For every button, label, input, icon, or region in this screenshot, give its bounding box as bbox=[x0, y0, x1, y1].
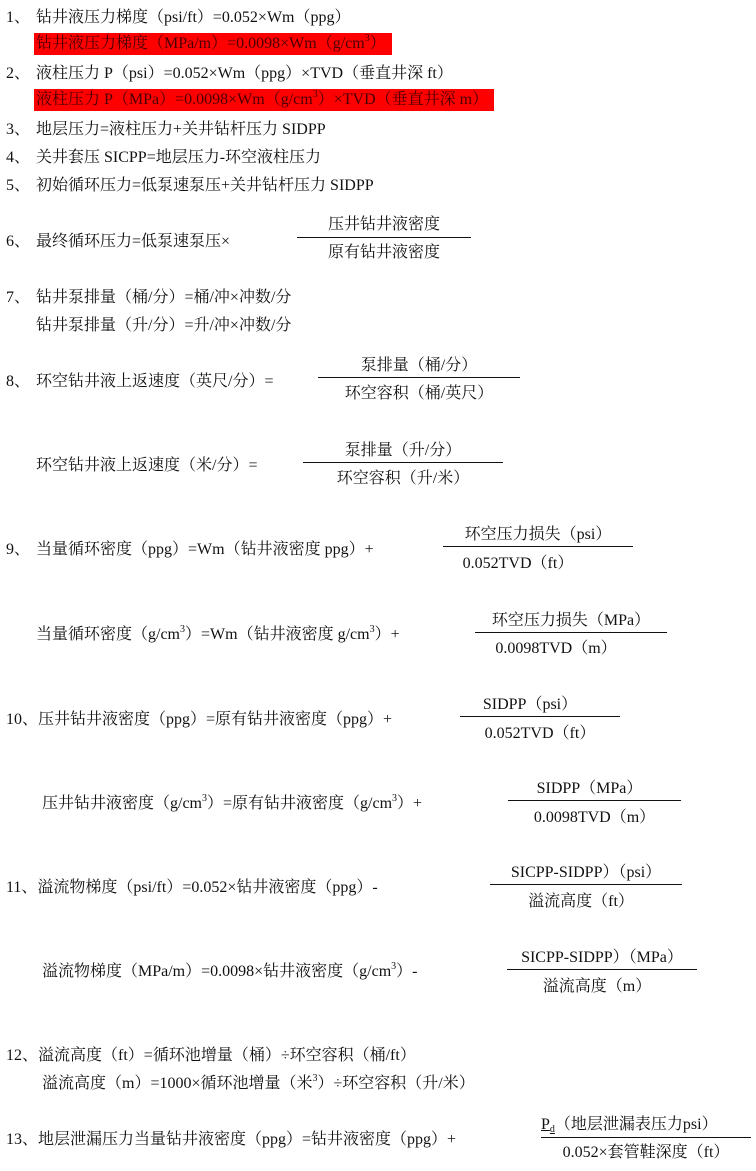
formula-text: 压井钻井液密度（ppg）=原有钻井液密度（ppg）+ bbox=[38, 711, 392, 728]
formula-6-fraction: 压井钻井液密度 原有钻井液密度 bbox=[297, 214, 471, 270]
formula-text: 溢流物梯度（MPa/m）=0.0098×钻井液密度（g/cm bbox=[42, 963, 391, 980]
formula-text: 关井套压 SICPP=地层压力-环空液柱压力 bbox=[36, 149, 321, 166]
formula-text: ）×TVD（垂直井深 m） bbox=[318, 91, 488, 108]
formula-text: 最终循环压力=低泵速泵压× bbox=[36, 233, 230, 250]
formula-text: ） bbox=[370, 35, 386, 52]
numerator-symbol: P bbox=[541, 1116, 550, 1133]
formula-9-metric-fraction: 环空压力损失（MPa） 0.0098TVD（m） bbox=[475, 610, 667, 666]
numerator: SIDPP（psi） bbox=[440, 694, 620, 716]
formula-text: ）=Wm（钻井液密度 g/cm bbox=[185, 626, 370, 643]
denominator: 0.052TVD（ft） bbox=[460, 723, 620, 745]
formula-number: 10、 bbox=[6, 711, 38, 728]
denominator: 0.052TVD（ft） bbox=[403, 553, 633, 575]
formula-text: 液柱压力 P（psi）=0.052×Wm（ppg）×TVD（垂直井深 ft） bbox=[36, 65, 453, 82]
formula-text: 地层泄漏压力当量钻井液密度（ppg）=钻井液密度（ppg）+ bbox=[38, 1131, 456, 1148]
formula-number: 2、 bbox=[6, 63, 36, 85]
numerator-text: （地层泄漏表压力psi） bbox=[555, 1116, 718, 1133]
denominator: 溢流高度（ft） bbox=[480, 891, 682, 913]
numerator: 环空压力损失（MPa） bbox=[475, 610, 667, 632]
fraction-bar bbox=[507, 969, 697, 970]
formula-number: 5、 bbox=[6, 175, 36, 197]
formula-10-imperial-fraction: SIDPP（psi） 0.052TVD（ft） bbox=[460, 694, 620, 750]
formula-text: 当量循环密度（ppg）=Wm（钻井液密度 ppg）+ bbox=[36, 541, 374, 558]
fraction-bar bbox=[297, 237, 471, 238]
formula-number: 3、 bbox=[6, 119, 36, 141]
formula-11-metric-fraction: SICPP-SIDPP）（MPa） 溢流高度（m） bbox=[507, 947, 697, 1003]
formula-text: 地层压力=液柱压力+关井钻杆压力 SIDPP bbox=[36, 121, 326, 138]
formula-number: 6、 bbox=[6, 231, 36, 253]
formula-12-metric: 溢流高度（m）=1000×循环池增量（米3）÷环空容积（升/米） bbox=[42, 1073, 475, 1095]
formula-2-metric-highlighted: 液柱压力 P（MPa）=0.0098×Wm（g/cm3）×TVD（垂直井深 m） bbox=[34, 89, 494, 111]
formula-5: 5、初始循环压力=低泵速泵压+关井钻杆压力 SIDPP bbox=[6, 175, 374, 197]
formula-text: 钻井泵排量（桶/分）=桶/冲×冲数/分 bbox=[36, 289, 291, 306]
formula-text: 压井钻井液密度（g/cm bbox=[42, 795, 202, 812]
formula-text: 钻井液压力梯度（psi/ft）=0.052×Wm（ppg） bbox=[36, 9, 351, 26]
formula-text: 钻井泵排量（升/分）=升/冲×冲数/分 bbox=[36, 317, 291, 334]
formula-1-metric-highlighted: 钻井液压力梯度（MPa/m）=0.0098×Wm（g/cm3） bbox=[34, 33, 392, 55]
formula-10-metric-fraction: SIDPP（MPa） 0.0098TVD（m） bbox=[508, 778, 681, 834]
formula-number: 12、 bbox=[6, 1047, 38, 1064]
formula-10-imperial-lhs: 10、压井钻井液密度（ppg）=原有钻井液密度（ppg）+ bbox=[6, 709, 392, 731]
formula-text: 钻井液压力梯度（MPa/m）=0.0098×Wm（g/cm bbox=[36, 35, 365, 52]
formula-number: 7、 bbox=[6, 287, 36, 309]
formula-11-imperial-lhs: 11、溢流物梯度（psi/ft）=0.052×钻井液密度（ppg）- bbox=[6, 877, 378, 899]
numerator: SIDPP（MPa） bbox=[498, 778, 681, 800]
fraction-bar bbox=[508, 800, 681, 801]
numerator: 环空压力损失（psi） bbox=[443, 524, 633, 546]
formula-9-imperial-fraction: 环空压力损失（psi） 0.052TVD（ft） bbox=[443, 524, 633, 580]
fraction-bar bbox=[303, 462, 503, 463]
formula-7-barrels: 7、钻井泵排量（桶/分）=桶/冲×冲数/分 bbox=[6, 287, 291, 309]
formula-9-metric-lhs: 当量循环密度（g/cm3）=Wm（钻井液密度 g/cm3）+ bbox=[36, 624, 400, 646]
formula-11-metric-lhs: 溢流物梯度（MPa/m）=0.0098×钻井液密度（g/cm3）- bbox=[42, 961, 418, 983]
numerator: 泵排量（桶/分） bbox=[318, 355, 520, 377]
formula-number: 1、 bbox=[6, 7, 36, 29]
formula-number: 8、 bbox=[6, 371, 36, 393]
numerator: 泵排量（升/分） bbox=[303, 440, 503, 462]
denominator: 0.0098TVD（m） bbox=[445, 638, 667, 660]
formula-8-metric-fraction: 泵排量（升/分） 环空容积（升/米） bbox=[303, 440, 503, 496]
formula-text: 溢流高度（ft）=循环池增量（桶）÷环空容积（桶/ft） bbox=[38, 1047, 416, 1064]
formula-6-lhs: 6、最终循环压力=低泵速泵压× bbox=[6, 231, 230, 253]
formula-text: 溢流高度（m）=1000×循环池增量（米 bbox=[42, 1075, 313, 1092]
formula-text: 环空钻井液上返速度（英尺/分）= bbox=[36, 373, 273, 390]
formula-text: 溢流物梯度（psi/ft）=0.052×钻井液密度（ppg）- bbox=[37, 879, 377, 896]
formula-text: ）=原有钻井液密度（g/cm bbox=[207, 795, 392, 812]
fraction-bar bbox=[318, 377, 520, 378]
formula-12-imperial: 12、溢流高度（ft）=循环池增量（桶）÷环空容积（桶/ft） bbox=[6, 1045, 416, 1067]
formula-number: 13、 bbox=[6, 1131, 38, 1148]
formula-13-lhs: 13、地层泄漏压力当量钻井液密度（ppg）=钻井液密度（ppg）+ bbox=[6, 1129, 456, 1151]
formula-text: ）+ bbox=[375, 626, 400, 643]
denominator: 溢流高度（m） bbox=[497, 976, 697, 998]
denominator: 0.052×套管鞋深度（ft） bbox=[541, 1142, 751, 1164]
formula-number: 4、 bbox=[6, 147, 36, 169]
formula-text: 初始循环压力=低泵速泵压+关井钻杆压力 SIDPP bbox=[36, 177, 374, 194]
numerator: Pd（地层泄漏表压力psi） bbox=[541, 1114, 751, 1136]
formula-7-liters: 钻井泵排量（升/分）=升/冲×冲数/分 bbox=[36, 315, 291, 337]
formula-number: 11、 bbox=[6, 879, 37, 896]
formula-text: ）+ bbox=[397, 795, 422, 812]
formula-3: 3、地层压力=液柱压力+关井钻杆压力 SIDPP bbox=[6, 119, 326, 141]
fraction-bar bbox=[443, 546, 633, 547]
formula-text: ）÷环空容积（升/米） bbox=[318, 1075, 475, 1092]
fraction-bar bbox=[475, 632, 667, 633]
formula-text: 环空钻井液上返速度（米/分）= bbox=[36, 457, 257, 474]
formula-1-imperial: 1、钻井液压力梯度（psi/ft）=0.052×Wm（ppg） bbox=[6, 7, 351, 29]
formula-8-imperial-fraction: 泵排量（桶/分） 环空容积（桶/英尺） bbox=[318, 355, 520, 411]
formula-4: 4、关井套压 SICPP=地层压力-环空液柱压力 bbox=[6, 147, 321, 169]
formula-text: 当量循环密度（g/cm bbox=[36, 626, 180, 643]
formula-9-imperial-lhs: 9、当量循环密度（ppg）=Wm（钻井液密度 ppg）+ bbox=[6, 539, 374, 561]
fraction-bar bbox=[460, 716, 620, 717]
formula-8-metric-lhs: 环空钻井液上返速度（米/分）= bbox=[36, 455, 257, 477]
denominator: 原有钻井液密度 bbox=[297, 242, 471, 264]
formula-number: 9、 bbox=[6, 539, 36, 561]
formula-2-imperial: 2、液柱压力 P（psi）=0.052×Wm（ppg）×TVD（垂直井深 ft） bbox=[6, 63, 453, 85]
numerator: SICPP-SIDPP）（psi） bbox=[490, 862, 682, 884]
formula-text: ）- bbox=[396, 963, 417, 980]
fraction-bar bbox=[541, 1137, 751, 1138]
fraction-bar bbox=[490, 884, 682, 885]
formula-13-fraction: Pd（地层泄漏表压力psi） 0.052×套管鞋深度（ft） bbox=[541, 1114, 751, 1170]
numerator: 压井钻井液密度 bbox=[297, 214, 471, 236]
denominator: 环空容积（升/米） bbox=[303, 468, 503, 490]
denominator: 环空容积（桶/英尺） bbox=[318, 383, 520, 405]
formula-11-imperial-fraction: SICPP-SIDPP）（psi） 溢流高度（ft） bbox=[490, 862, 682, 918]
numerator: SICPP-SIDPP）（MPa） bbox=[507, 947, 697, 969]
formula-10-metric-lhs: 压井钻井液密度（g/cm3）=原有钻井液密度（g/cm3）+ bbox=[42, 793, 422, 815]
formula-8-imperial-lhs: 8、环空钻井液上返速度（英尺/分）= bbox=[6, 371, 273, 393]
formula-text: 液柱压力 P（MPa）=0.0098×Wm（g/cm bbox=[36, 91, 313, 108]
denominator: 0.0098TVD（m） bbox=[508, 807, 681, 829]
